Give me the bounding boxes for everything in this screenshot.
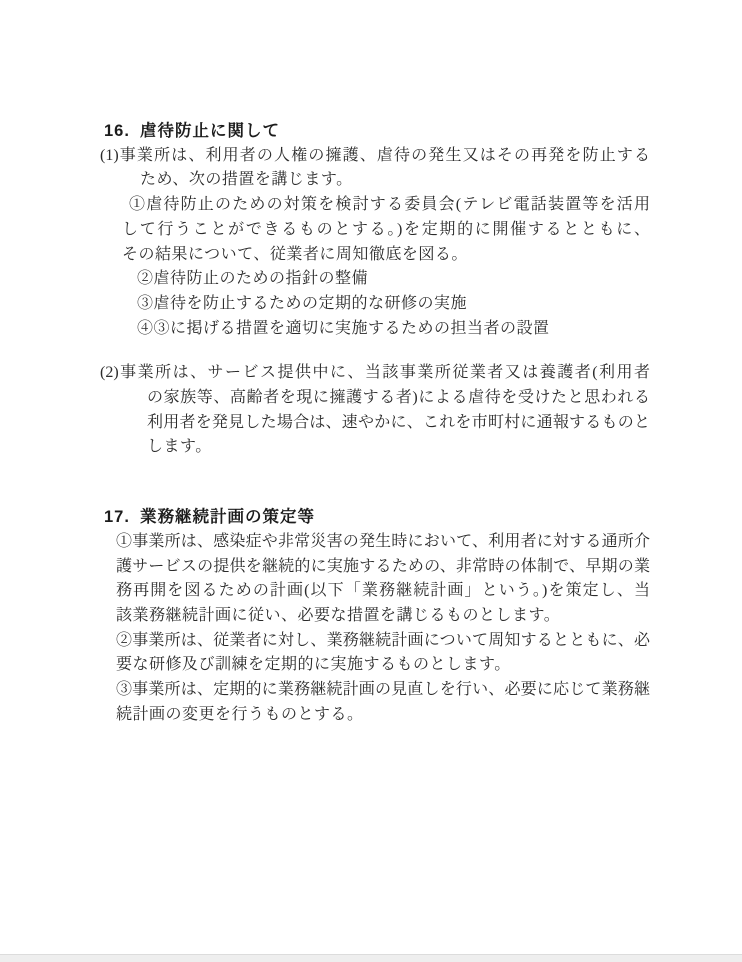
section-17: 17.業務継続計画の策定等①事業所は、感染症や非常災害の発生時において、利用者に… <box>100 505 650 727</box>
document-page: 16.虐待防止に関して(1)事業所は、利用者の人権の擁護、虐待の発生又はその再発… <box>0 0 742 962</box>
text-line: ③事業所は、定期的に業務継続計画の見直しを行い、必要に応じて業務継 <box>100 678 650 703</box>
text-line: ②事業所は、従業者に対し、業務継続計画について周知するとともに、必 <box>100 629 650 654</box>
page-bottom-edge <box>0 954 742 962</box>
section-title: 虐待防止に関して <box>140 122 280 140</box>
text-line: ③虐待を防止するための定期的な研修の実施 <box>100 292 650 317</box>
text-line: (2)事業所は、サービス提供中に、当該事業所従業者又は養護者(利用者 <box>100 361 650 386</box>
text-line: ②虐待防止のための指針の整備 <box>100 267 650 292</box>
section-title: 業務継続計画の策定等 <box>140 508 315 526</box>
section-number: 17. <box>104 508 130 526</box>
text-line: (1)事業所は、利用者の人権の擁護、虐待の発生又はその再発を防止する <box>100 144 650 169</box>
text-line: します。 <box>100 435 650 460</box>
text-line: ①事業所は、感染症や非常災害の発生時において、利用者に対する通所介 <box>100 530 650 555</box>
text-line: の家族等、高齢者を現に擁護する者)による虐待を受けたと思われる <box>100 386 650 411</box>
text-line: 護サービスの提供を継続的に実施するための、非常時の体制で、早期の業 <box>100 555 650 580</box>
text-line: その結果について、従業者に周知徹底を図る。 <box>100 243 650 268</box>
text-line: ため、次の措置を講じます。 <box>100 168 650 193</box>
text-line: 要な研修及び訓練を定期的に実施するものとします。 <box>100 653 650 678</box>
text-line: して行うことができるものとする。)を定期的に開催するとともに、 <box>100 218 650 243</box>
paragraph-block: ①事業所は、感染症や非常災害の発生時において、利用者に対する通所介護サービスの提… <box>100 530 650 728</box>
section-16: 16.虐待防止に関して(1)事業所は、利用者の人権の擁護、虐待の発生又はその再発… <box>100 119 650 460</box>
text-line: 務再開を図るための計画(以下「業務継続計画」という。)を策定し、当 <box>100 579 650 604</box>
text-line: 利用者を発見した場合は、速やかに、これを市町村に通報するものと <box>100 411 650 436</box>
paragraph-block: (2)事業所は、サービス提供中に、当該事業所従業者又は養護者(利用者の家族等、高… <box>100 361 650 460</box>
text-line: 続計画の変更を行うものとする。 <box>100 703 650 728</box>
text-line: ①虐待防止のための対策を検討する委員会(テレビ電話装置等を活用 <box>100 193 650 218</box>
section-heading: 16.虐待防止に関して <box>100 119 650 144</box>
section-heading: 17.業務継続計画の策定等 <box>100 505 650 530</box>
document-content: 16.虐待防止に関して(1)事業所は、利用者の人権の擁護、虐待の発生又はその再発… <box>100 119 650 727</box>
text-line: 該業務継続計画に従い、必要な措置を講じるものとします。 <box>100 604 650 629</box>
section-number: 16. <box>104 122 130 140</box>
text-line: ④③に掲げる措置を適切に実施するための担当者の設置 <box>100 317 650 342</box>
paragraph-block: (1)事業所は、利用者の人権の擁護、虐待の発生又はその再発を防止するため、次の措… <box>100 144 650 342</box>
